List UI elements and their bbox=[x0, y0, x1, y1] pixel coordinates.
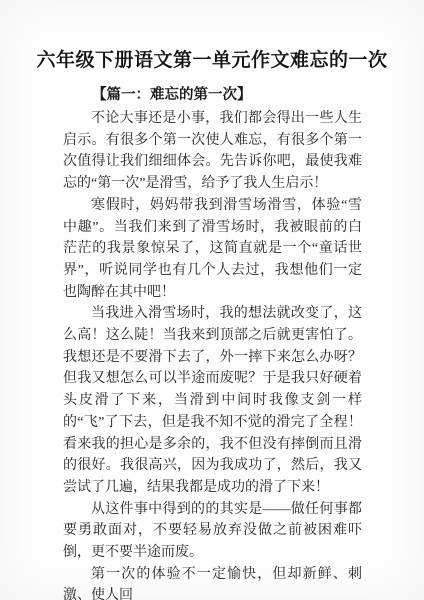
essay-paragraph: 当我进入滑雪场时，我的想法就改变了，这么高！这么陡！当我来到顶部之后就更害怕了。… bbox=[63, 303, 362, 498]
essay-paragraph: 第一次的体验不一定愉快，但却新鲜、刺激、使人回 bbox=[63, 564, 362, 600]
essay-paragraph: 不论大事还是小事，我们都会得出一些人生启示。有很多个第一次使人难忘，有很多个第一… bbox=[63, 108, 362, 195]
document-page: 六年级下册语文第一单元作文难忘的一次 【篇一：难忘的第一次】 不论大事还是小事，… bbox=[0, 0, 424, 600]
essay-paragraph: 从这件事中得到的的其实是——做任何事都要勇敢面对，不要轻易放弃没做之前被困难吓倒… bbox=[63, 499, 362, 564]
document-title: 六年级下册语文第一单元作文难忘的一次 bbox=[0, 48, 424, 74]
section-heading: 【篇一：难忘的第一次】 bbox=[63, 84, 362, 106]
essay-paragraph: 寒假时，妈妈带我到滑雪场滑雪，体验“雪中趣”。当我们来到了滑雪场时，我被眼前的白… bbox=[63, 195, 362, 304]
essay-body: 不论大事还是小事，我们都会得出一些人生启示。有很多个第一次使人难忘，有很多个第一… bbox=[63, 108, 362, 600]
document-content: 【篇一：难忘的第一次】 不论大事还是小事，我们都会得出一些人生启示。有很多个第一… bbox=[63, 84, 362, 600]
